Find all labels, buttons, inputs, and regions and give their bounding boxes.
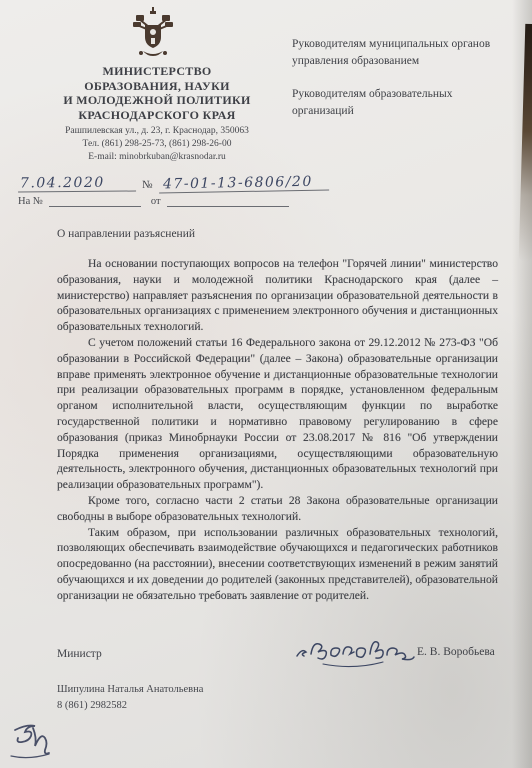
body-paragraph-2: С учетом положений статьи 16 Федеральног… <box>57 335 498 493</box>
address-phone-line: Тел. (861) 298-25-73, (861) 298-26-00 <box>30 138 284 151</box>
addressee-organization-heads: Руководителям образовательных организаци… <box>292 86 504 119</box>
reply-date-blank <box>167 196 289 207</box>
number-sign-label: № <box>142 179 153 191</box>
ministry-name-line: МИНИСТЕРСТВО <box>30 64 284 79</box>
outgoing-number-handwritten: 47-01-13-6806/20 <box>158 174 328 194</box>
reply-reference-line: На №от <box>18 196 289 207</box>
addressee-municipal-heads: Руководителям муниципальных органов упра… <box>292 36 504 69</box>
address-street-line: Рашпилевская ул., д. 23, г. Краснодар, 3… <box>30 125 284 138</box>
outgoing-date-handwritten: 7.04.2020 <box>18 174 136 192</box>
ministry-name-block: МИНИСТЕРСТВО ОБРАЗОВАНИЯ, НАУКИ И МОЛОДЕ… <box>30 64 284 122</box>
coat-of-arms-icon <box>129 5 177 61</box>
executor-phone: 8 (861) 2982582 <box>57 698 203 714</box>
reference-line: 7.04.2020 № 47-01-13-6806/20 <box>18 168 329 192</box>
minister-signature-handwritten <box>293 630 418 677</box>
subject-line: О направлении разъяснений <box>57 228 195 240</box>
ministry-name-line: КРАСНОДАРСКОГО КРАЯ <box>30 108 284 123</box>
address-email-line: E-mail: minobrkuban@krasnodar.ru <box>30 151 284 164</box>
reply-to-label: На № <box>18 196 43 207</box>
scanned-letter-page: МИНИСТЕРСТВО ОБРАЗОВАНИЯ, НАУКИ И МОЛОДЕ… <box>0 0 532 768</box>
ministry-name-line: И МОЛОДЕЖНОЙ ПОЛИТИКИ <box>30 93 284 108</box>
from-label: от <box>151 196 161 207</box>
executor-name: Шипулина Наталья Анатольевна <box>57 682 203 698</box>
body-paragraph-1: На основании поступающих вопросов на тел… <box>57 256 498 335</box>
signer-printed-name: Е. В. Воробьева <box>417 646 495 658</box>
signer-position-label: Министр <box>57 648 102 660</box>
body-paragraph-4: Таким образом, при использовании различн… <box>57 525 498 604</box>
ministry-name-line: ОБРАЗОВАНИЯ, НАУКИ <box>30 79 284 94</box>
addressees-block: Руководителям муниципальных органов упра… <box>292 36 504 136</box>
body-paragraph-3: Кроме того, согласно части 2 статьи 28 З… <box>57 493 498 525</box>
reply-number-blank <box>49 196 141 207</box>
executor-block: Шипулина Наталья Анатольевна 8 (861) 298… <box>57 682 203 714</box>
letter-body: На основании поступающих вопросов на тел… <box>57 256 498 604</box>
handwritten-corner-mark <box>5 712 65 768</box>
ministry-address-block: Рашпилевская ул., д. 23, г. Краснодар, 3… <box>30 125 284 164</box>
